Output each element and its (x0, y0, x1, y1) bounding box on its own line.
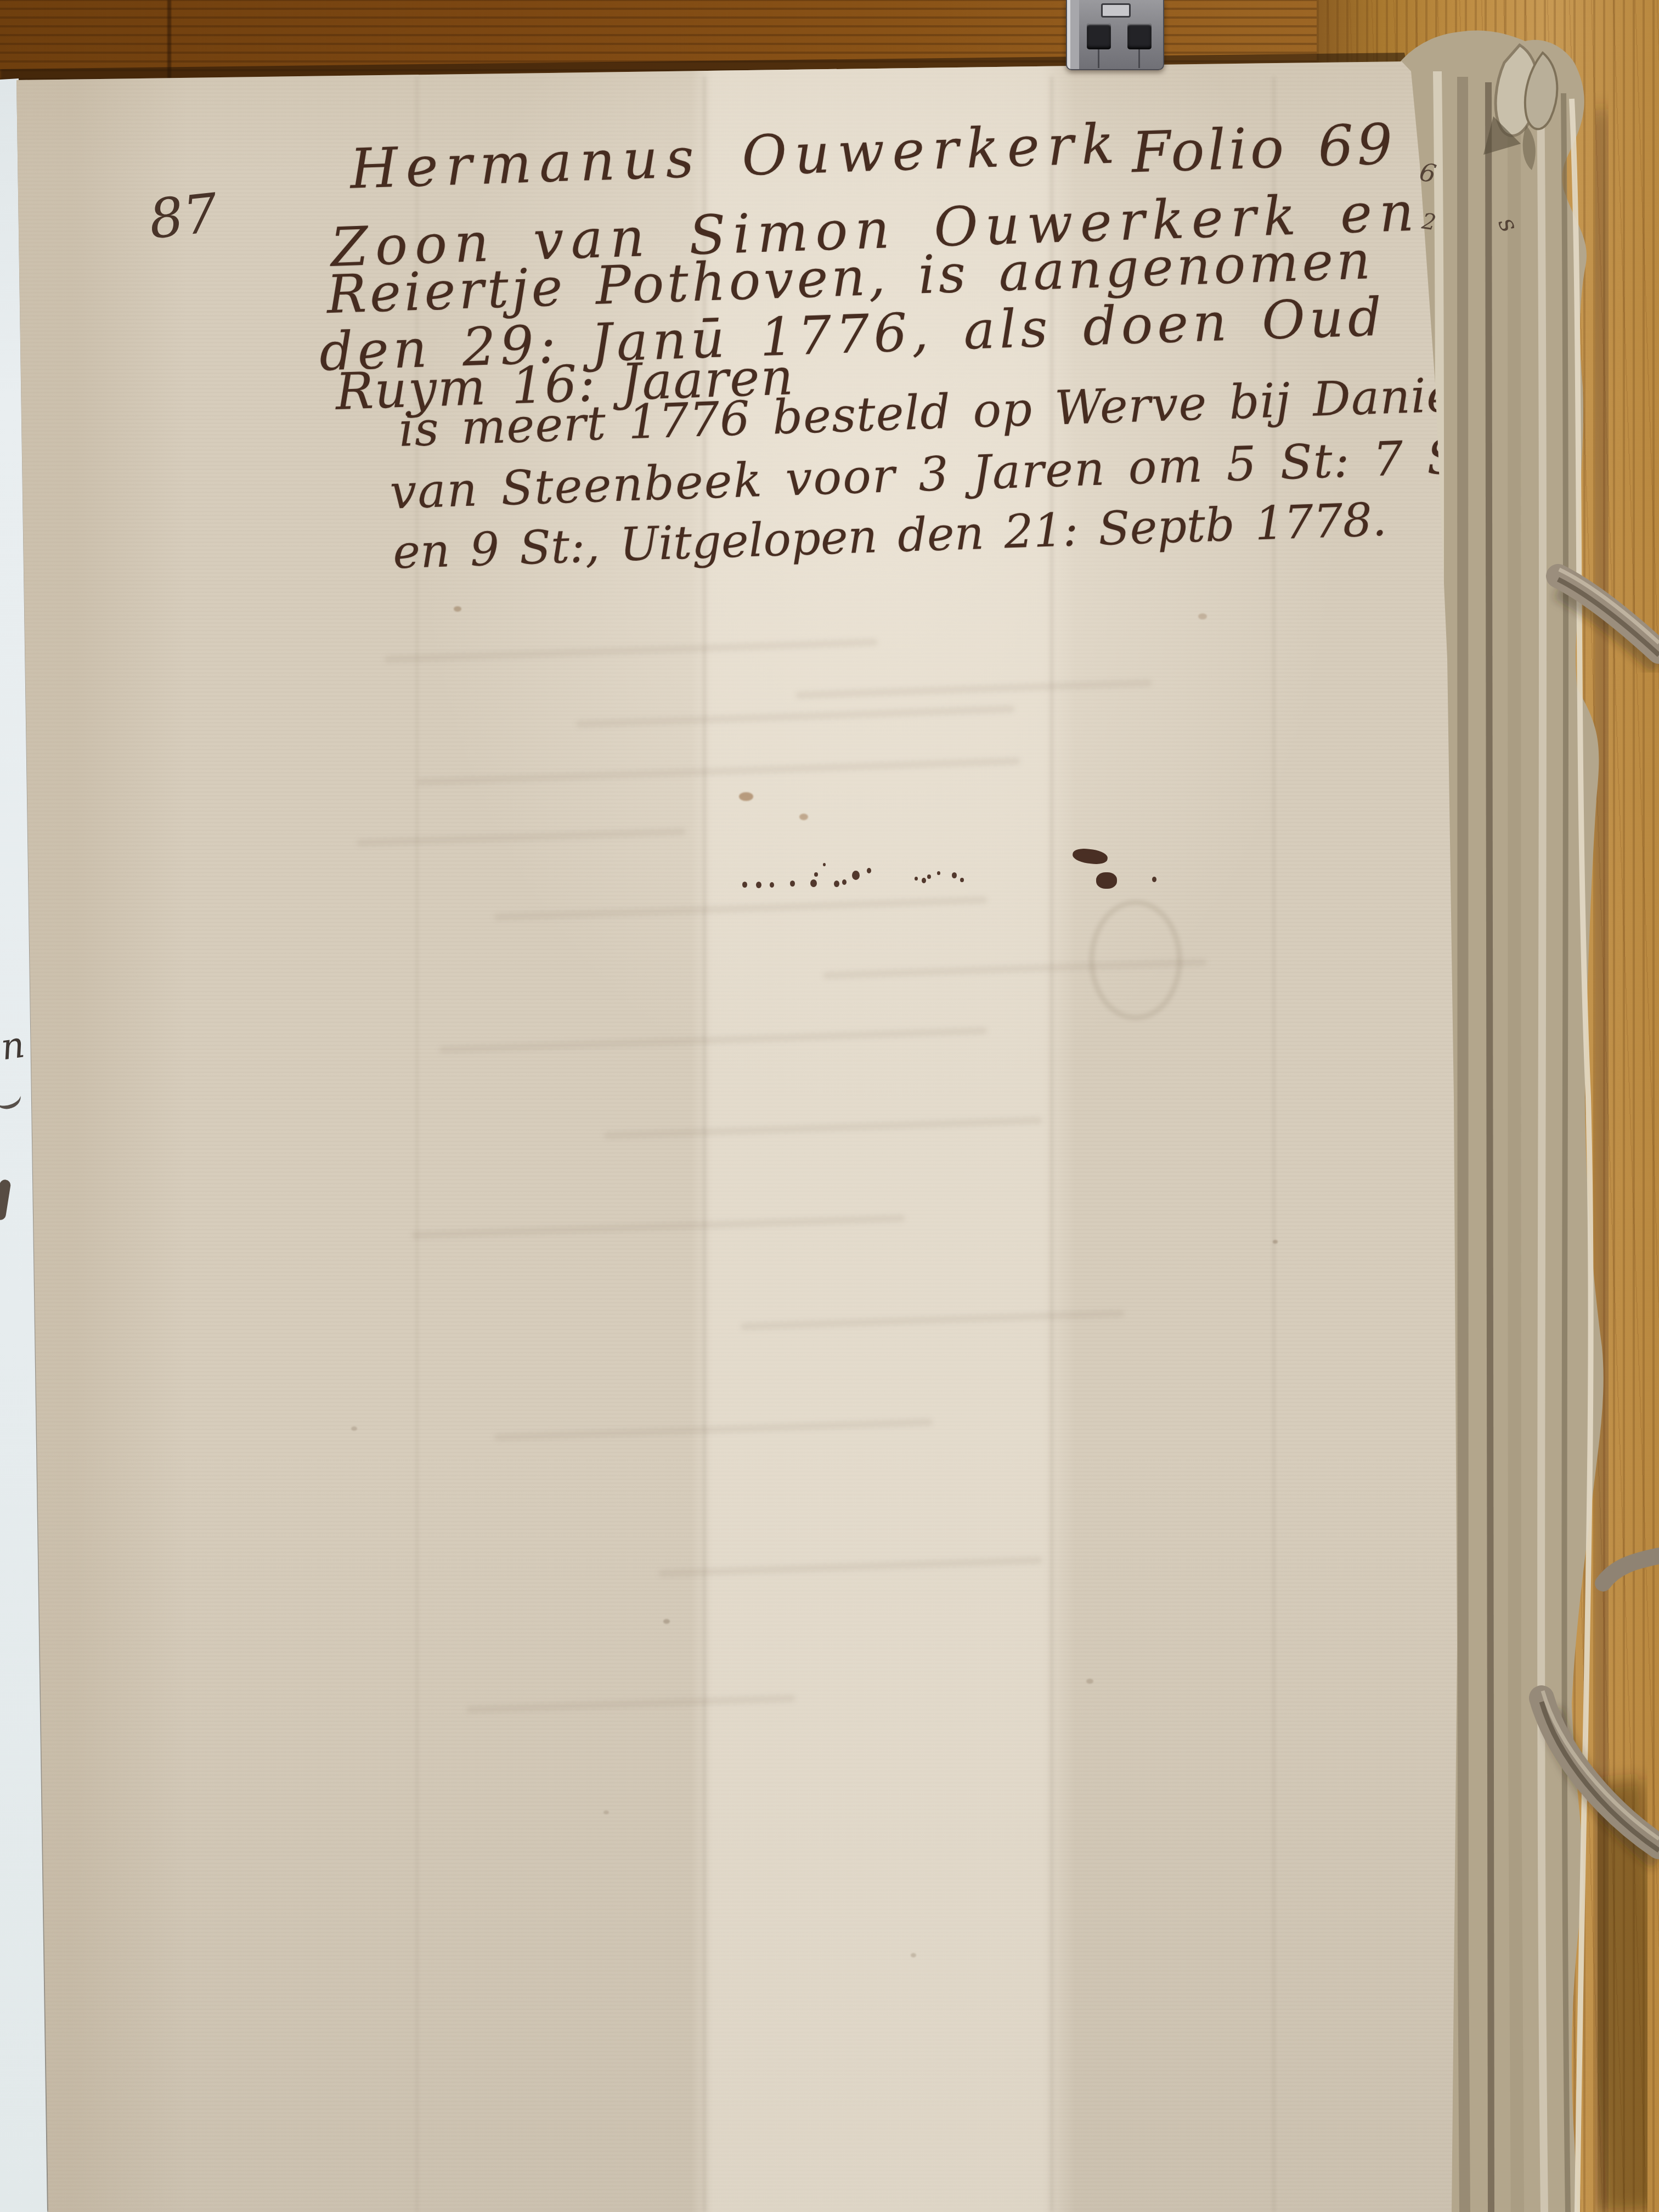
margin-number: 87 (146, 182, 221, 251)
folio-label: Folio 69 (1131, 112, 1397, 186)
usb-contact-line (1098, 49, 1099, 68)
handwriting-block: Hermanus Ouwerkerk Folio 69 Zoon van Sim… (296, 76, 1578, 749)
facing-page-text-fragment: n (0, 1023, 27, 1068)
usb-plug (1066, 0, 1164, 70)
facing-page-stroke-fragment (0, 1085, 24, 1112)
line-name: Hermanus Ouwerkerk (349, 111, 1123, 201)
usb-slot-icon (1087, 23, 1111, 49)
manuscript-page: 87 Hermanus Ouwerkerk Folio 69 Zoon van … (0, 0, 1481, 2212)
facing-page-ink-blob (0, 1179, 12, 1221)
usb-notch-icon (1101, 3, 1131, 18)
usb-slot-icon (1127, 23, 1152, 49)
usb-contact-line (1138, 49, 1140, 68)
